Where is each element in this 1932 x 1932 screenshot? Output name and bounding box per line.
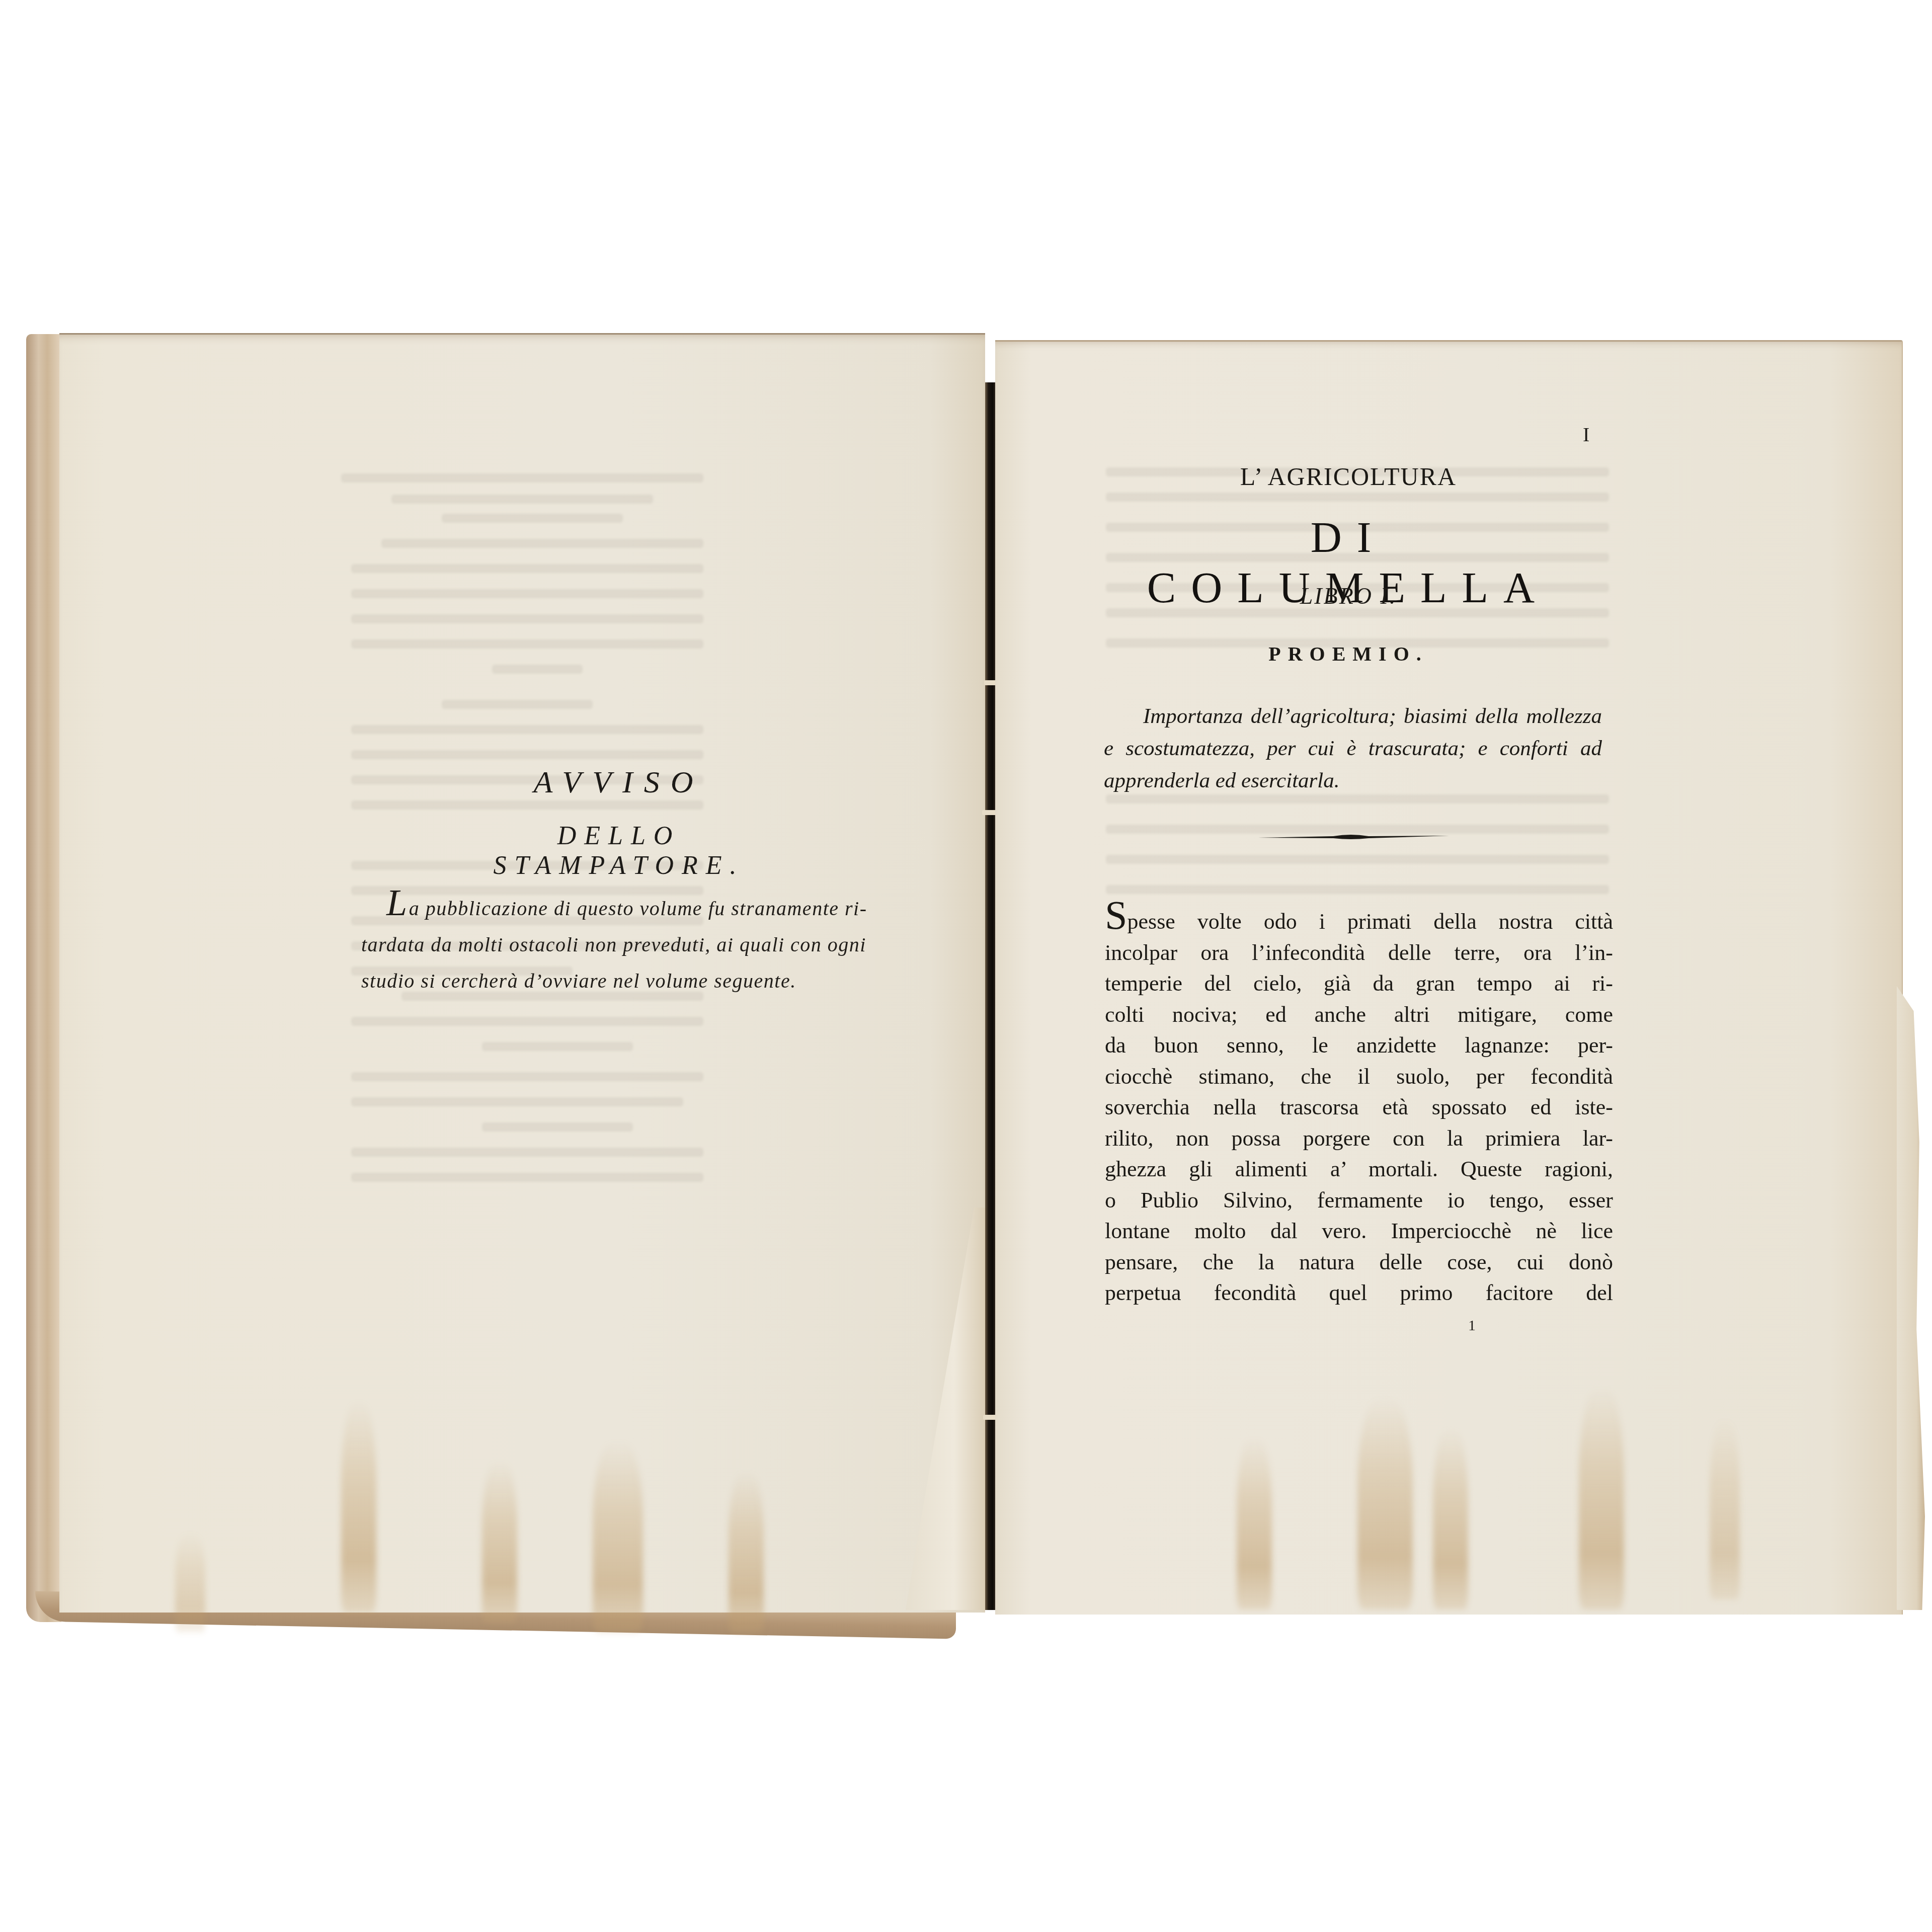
- body-line: lontane molto dal vero. Imperciocchè nè …: [1105, 1216, 1613, 1247]
- signature-mark: 1: [1468, 1317, 1476, 1334]
- body-line: o Publio Silvino, fermamente io tengo, e…: [1105, 1185, 1613, 1216]
- notice-line: studio si cercherà d’ovviare nel volume …: [361, 970, 796, 992]
- section-heading: PROEMIO.: [1107, 642, 1590, 666]
- notice-line: tardata da molti ostacoli non preveduti,…: [361, 933, 866, 956]
- water-stain: [341, 1401, 376, 1613]
- bleed-through-line: [1106, 885, 1609, 894]
- drop-cap: L: [386, 882, 408, 924]
- bleed-through-line: [1106, 825, 1609, 834]
- bleed-through-line: [442, 700, 593, 709]
- body-line: soverchia nella trascorsa età spossato e…: [1105, 1092, 1613, 1123]
- bleed-through-line: [351, 614, 703, 623]
- water-stain: [1579, 1388, 1624, 1609]
- water-stain: [482, 1462, 517, 1623]
- ornamental-rule-icon: [1258, 833, 1449, 841]
- body-text: Spesse volte odo i primati della nostra …: [1105, 906, 1613, 1309]
- bleed-through-line: [492, 665, 583, 674]
- bleed-through-line: [1106, 493, 1609, 502]
- water-stain: [593, 1441, 643, 1633]
- body-line: rilito, non possa porgere con la primier…: [1105, 1123, 1613, 1154]
- water-stain: [1710, 1418, 1740, 1599]
- book-cover-edge: [26, 334, 61, 1622]
- drop-cap: S: [1105, 894, 1128, 938]
- right-page-deckle-edge: [1897, 986, 1925, 1610]
- bleed-through-line: [381, 539, 703, 548]
- bleed-through-line: [351, 1017, 703, 1026]
- body-line: ciocchè stimano, che il suolo, per fecon…: [1105, 1061, 1613, 1092]
- printer-notice: La pubblicazione di questo volume fu str…: [361, 891, 879, 999]
- bleed-through-line: [351, 725, 703, 734]
- bleed-through-line: [391, 495, 653, 504]
- body-line: incolpar ora l’infecondità delle terre, …: [1105, 937, 1613, 969]
- bleed-through-line: [351, 1097, 683, 1106]
- bleed-through-line: [482, 1122, 633, 1132]
- bleed-through-line: [351, 589, 703, 598]
- bleed-through-line: [351, 1173, 703, 1182]
- notice-subheading: DELLO STAMPATORE.: [433, 821, 805, 880]
- bleed-through-line: [351, 800, 703, 810]
- water-stain: [1433, 1428, 1468, 1609]
- notice-line: a pubblicazione di questo volume fu stra…: [409, 897, 867, 920]
- bleed-through-line: [351, 1072, 703, 1081]
- body-line: pensare, che la natura delle cose, cui d…: [1105, 1247, 1613, 1278]
- bleed-through-line: [351, 1148, 703, 1157]
- title-line-1: L’ AGRICOLTURA: [1107, 462, 1590, 491]
- bleed-through-line: [482, 1042, 633, 1051]
- body-line: temperie del cielo, già da gran tempo ai…: [1105, 968, 1613, 999]
- water-stain: [729, 1472, 764, 1633]
- body-line: colti nociva; ed anche altri mitigare, c…: [1105, 999, 1613, 1030]
- section-summary: Importanza dell’agricoltura; biasimi del…: [1104, 700, 1602, 797]
- water-stain: [1357, 1398, 1413, 1609]
- water-stain: [175, 1532, 205, 1633]
- body-line: Spesse volte odo i primati della nostra …: [1105, 906, 1613, 937]
- book-number: LIBRO I.: [1107, 583, 1590, 609]
- body-line: perpetua fecondità quel primo facitore d…: [1105, 1277, 1613, 1309]
- bleed-through-line: [1106, 855, 1609, 864]
- bleed-through-line: [351, 750, 703, 759]
- bleed-through-line: [341, 473, 703, 482]
- water-stain: [1237, 1438, 1272, 1609]
- notice-heading: AVVISO: [518, 765, 719, 800]
- bleed-through-line: [351, 564, 703, 573]
- body-line: ghezza gli alimenti a’ mortali. Queste r…: [1105, 1154, 1613, 1185]
- page-number: I: [1583, 423, 1589, 446]
- bleed-through-line: [351, 639, 703, 649]
- bleed-through-line: [442, 514, 623, 523]
- body-line: da buon senno, le anzidette lagnanze: pe…: [1105, 1030, 1613, 1061]
- book-spine-gutter: [985, 382, 996, 1610]
